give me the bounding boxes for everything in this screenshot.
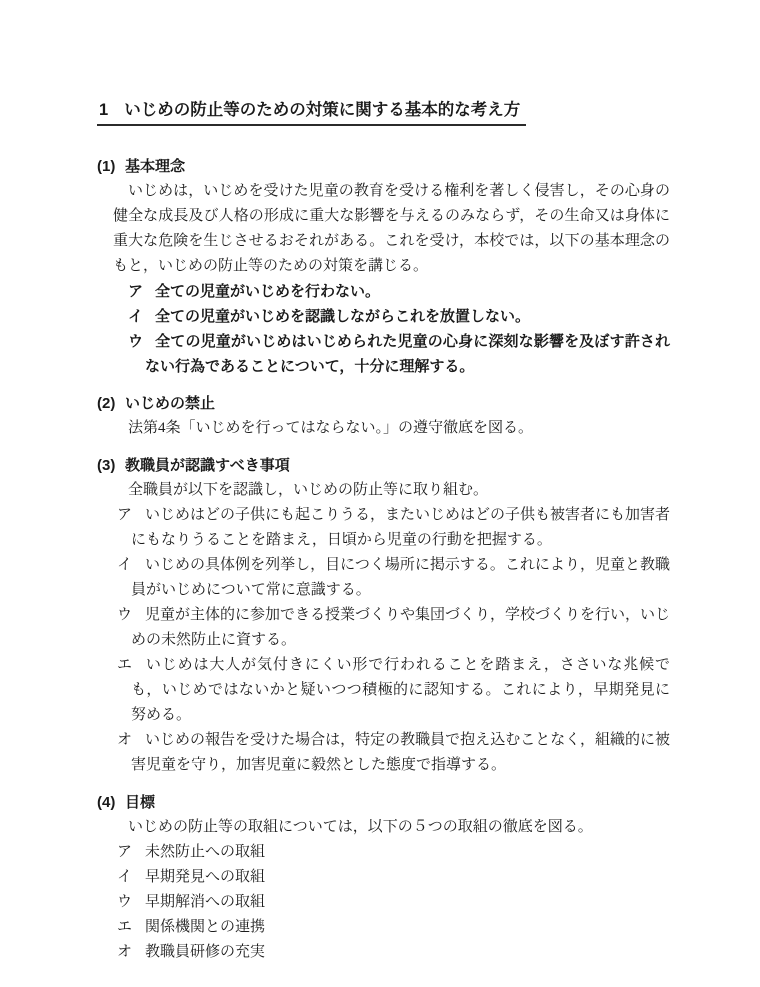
list-item: ア未然防止への取組	[97, 840, 670, 865]
item-text: いじめは大人が気付きにくい形で行われることを踏まえ，ささいな兆候でも，いじめでは…	[131, 657, 670, 723]
list-item: アいじめはどの子供にも起こりうる，またいじめはどの子供も被害者にも加害者にもなり…	[97, 503, 670, 553]
document-page: 1いじめの防止等のための対策に関する基本的な考え方 (1) 基本理念 いじめは，…	[0, 0, 760, 987]
item-marker: ウ	[117, 890, 145, 915]
principle-list: ア全ての児童がいじめを行わない。 イ全ての児童がいじめを認識しながらこれを放置し…	[97, 279, 670, 379]
section-heading: (4) 目標	[97, 790, 670, 815]
list-item: イ早期発見への取組	[97, 865, 670, 890]
item-text: 未然防止への取組	[145, 844, 265, 860]
section-number: (2)	[97, 391, 125, 416]
title-number: 1	[99, 101, 108, 119]
section-number: (3)	[97, 453, 125, 478]
section-bullying-prohibition: (2) いじめの禁止 法第4条「いじめを行ってはならない。」の遵守徹底を図る。	[97, 391, 670, 441]
section-basic-philosophy: (1) 基本理念 いじめは，いじめを受けた児童の教育を受ける権利を著しく侵害し，…	[97, 154, 670, 379]
section-title: 基本理念	[125, 154, 185, 179]
section-body: いじめは，いじめを受けた児童の教育を受ける権利を著しく侵害し，その心身の健全な成…	[113, 179, 670, 279]
section-heading: (1) 基本理念	[97, 154, 670, 179]
list-item: ウ全ての児童がいじめはいじめられた児童の心身に深刻な影響を及ぼす許されない行為で…	[97, 329, 670, 379]
section-body: 法第4条「いじめを行ってはならない。」の遵守徹底を図る。	[113, 416, 670, 441]
item-marker: ア	[128, 279, 155, 304]
item-text: 早期発見への取組	[145, 869, 265, 885]
section-title: 教職員が認識すべき事項	[125, 453, 290, 478]
awareness-list: アいじめはどの子供にも起こりうる，またいじめはどの子供も被害者にも加害者にもなり…	[97, 503, 670, 778]
item-marker: ア	[117, 503, 145, 528]
item-marker: ア	[117, 840, 145, 865]
section-title: 目標	[125, 790, 155, 815]
list-item: オいじめの報告を受けた場合は，特定の教職員で抱え込むことなく，組織的に被害児童を…	[97, 728, 670, 778]
item-text: 関係機関との連携	[145, 919, 265, 935]
item-marker: イ	[117, 553, 145, 578]
list-item: ア全ての児童がいじめを行わない。	[97, 279, 670, 304]
item-marker: ウ	[128, 329, 155, 354]
section-number: (4)	[97, 790, 125, 815]
item-marker: オ	[117, 728, 145, 753]
section-number: (1)	[97, 154, 125, 179]
section-staff-awareness: (3) 教職員が認識すべき事項 全職員が以下を認識し，いじめの防止等に取り組む。…	[97, 453, 670, 778]
section-heading: (2) いじめの禁止	[97, 391, 670, 416]
list-item: エ関係機関との連携	[97, 915, 670, 940]
item-marker: ウ	[117, 603, 145, 628]
title-underline: 1いじめの防止等のための対策に関する基本的な考え方	[97, 100, 526, 126]
section-goals: (4) 目標 いじめの防止等の取組については，以下の５つの取組の徹底を図る。 ア…	[97, 790, 670, 965]
section-body: 全職員が以下を認識し，いじめの防止等に取り組む。	[113, 478, 670, 503]
document-title: 1いじめの防止等のための対策に関する基本的な考え方	[97, 100, 670, 126]
item-text: 児童が主体的に参加できる授業づくりや集団づくり，学校づくりを行い，いじめの未然防…	[131, 607, 670, 648]
section-heading: (3) 教職員が認識すべき事項	[97, 453, 670, 478]
list-item: イ全ての児童がいじめを認識しながらこれを放置しない。	[97, 304, 670, 329]
title-text: いじめの防止等のための対策に関する基本的な考え方	[124, 101, 520, 119]
item-marker: エ	[117, 915, 145, 940]
list-item: オ教職員研修の充実	[97, 940, 670, 965]
item-marker: エ	[117, 653, 145, 678]
item-text: いじめの具体例を列挙し，目につく場所に掲示する。これにより，児童と教職員がいじめ…	[131, 557, 670, 598]
list-item: ウ児童が主体的に参加できる授業づくりや集団づくり，学校づくりを行い，いじめの未然…	[97, 603, 670, 653]
item-marker: イ	[117, 865, 145, 890]
item-text: いじめはどの子供にも起こりうる，またいじめはどの子供も被害者にも加害者にもなりう…	[131, 507, 670, 548]
item-marker: オ	[117, 940, 145, 965]
goal-list: ア未然防止への取組 イ早期発見への取組 ウ早期解消への取組 エ関係機関との連携 …	[97, 840, 670, 965]
item-text: 全ての児童がいじめを認識しながらこれを放置しない。	[155, 308, 530, 325]
section-title: いじめの禁止	[125, 391, 215, 416]
item-text: 全ての児童がいじめはいじめられた児童の心身に深刻な影響を及ぼす許されない行為であ…	[145, 333, 670, 375]
item-marker: イ	[128, 304, 155, 329]
list-item: エいじめは大人が気付きにくい形で行われることを踏まえ，ささいな兆候でも，いじめで…	[97, 653, 670, 728]
item-text: いじめの報告を受けた場合は，特定の教職員で抱え込むことなく，組織的に被害児童を守…	[131, 732, 670, 773]
item-text: 全ての児童がいじめを行わない。	[155, 283, 380, 300]
list-item: ウ早期解消への取組	[97, 890, 670, 915]
item-text: 教職員研修の充実	[145, 944, 265, 960]
section-body: いじめの防止等の取組については，以下の５つの取組の徹底を図る。	[113, 815, 670, 840]
item-text: 早期解消への取組	[145, 894, 265, 910]
list-item: イいじめの具体例を列挙し，目につく場所に掲示する。これにより，児童と教職員がいじ…	[97, 553, 670, 603]
